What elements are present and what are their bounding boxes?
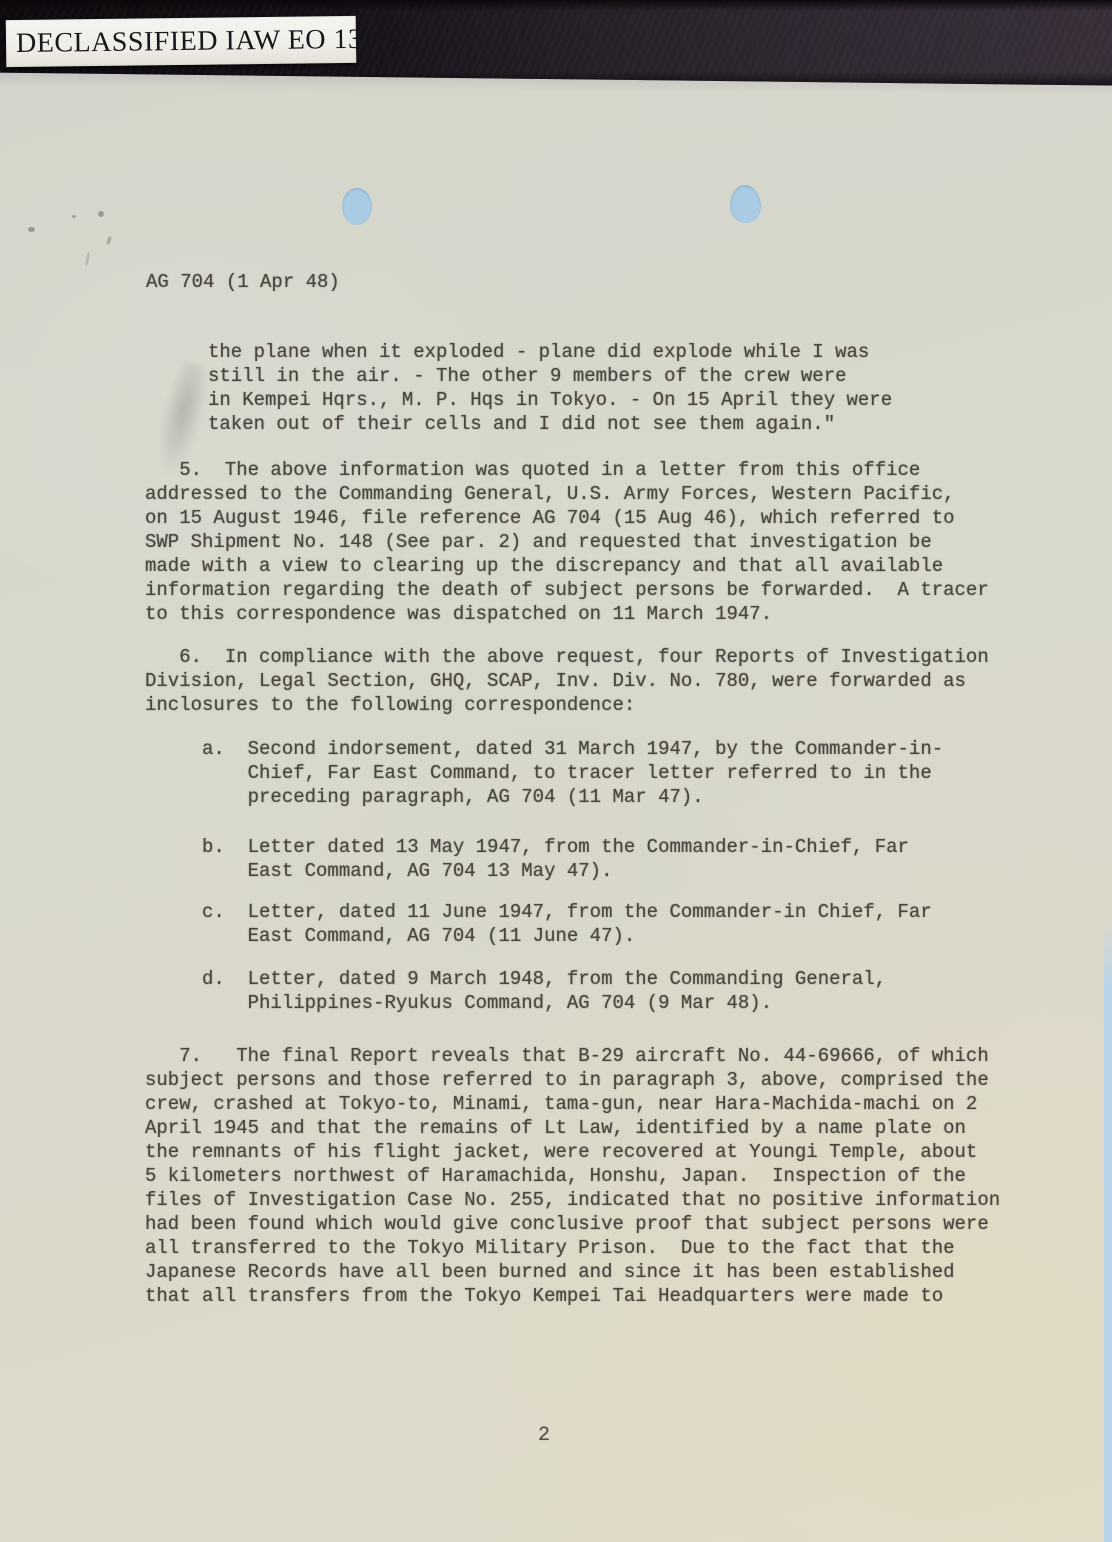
text-line: that all transfers from the Tokyo Kempei… <box>145 1284 1000 1308</box>
text-line: 5 kilometers northwest of Haramachida, H… <box>145 1164 1000 1188</box>
paragraph-7: 7. The final Report reveals that B-29 ai… <box>145 1044 1000 1308</box>
declassification-stamp: DECLASSIFIED IAW EO 13256 <box>6 16 357 67</box>
text-line: subject persons and those referred to in… <box>145 1068 1000 1092</box>
text-line: inclosures to the following corresponden… <box>145 693 989 717</box>
paper-speck <box>106 236 113 246</box>
text-line: 7. The final Report reveals that B-29 ai… <box>145 1044 1000 1068</box>
text-line: 5. The above information was quoted in a… <box>145 458 989 482</box>
text-line: b. Letter dated 13 May 1947, from the Co… <box>145 835 909 859</box>
paper-speck <box>72 215 76 218</box>
text-line: to this correspondence was dispatched on… <box>145 602 989 626</box>
text-line: April 1945 and that the remains of Lt La… <box>145 1116 1000 1140</box>
list-item-d: d. Letter, dated 9 March 1948, from the … <box>145 967 886 1015</box>
text-line: Chief, Far East Command, to tracer lette… <box>145 761 943 785</box>
text-line: a. Second indorsement, dated 31 March 19… <box>145 737 943 761</box>
paragraph-6: 6. In compliance with the above request,… <box>145 645 989 717</box>
paper-speck <box>28 227 35 232</box>
paper-speck <box>98 211 104 217</box>
text-line: Philippines-Ryukus Command, AG 704 (9 Ma… <box>145 991 886 1015</box>
text-line: d. Letter, dated 9 March 1948, from the … <box>145 967 886 991</box>
text-line: East Command, AG 704 (11 June 47). <box>145 924 932 948</box>
witness-quote-block: the plane when it exploded - plane did e… <box>208 340 892 436</box>
text-line: in Kempei Hqrs., M. P. Hqs in Tokyo. - O… <box>208 388 892 412</box>
text-line: SWP Shipment No. 148 (See par. 2) and re… <box>145 530 989 554</box>
paragraph-5: 5. The above information was quoted in a… <box>145 458 989 626</box>
text-line: all transferred to the Tokyo Military Pr… <box>145 1236 1000 1260</box>
list-item-a: a. Second indorsement, dated 31 March 19… <box>145 737 943 809</box>
text-line: the plane when it exploded - plane did e… <box>208 340 892 364</box>
paper-edge-backing <box>1104 919 1112 1542</box>
text-line: the remnants of his flight jacket, were … <box>145 1140 1000 1164</box>
text-line: Division, Legal Section, GHQ, SCAP, Inv.… <box>145 669 989 693</box>
declassification-stamp-text: DECLASSIFIED IAW EO 13256 <box>6 23 406 60</box>
text-line: 6. In compliance with the above request,… <box>145 645 989 669</box>
text-line: taken out of their cells and I did not s… <box>208 412 892 436</box>
paper-speck <box>85 252 91 266</box>
page-number: 2 <box>538 1424 550 1447</box>
text-line: still in the air. - The other 9 members … <box>208 364 892 388</box>
text-line: files of Investigation Case No. 255, ind… <box>145 1188 1000 1212</box>
text-line: had been found which would give conclusi… <box>145 1212 1000 1236</box>
document-reference-line: AG 704 (1 Apr 48) <box>146 270 340 294</box>
text-line: made with a view to clearing up the disc… <box>145 554 989 578</box>
punch-hole-right <box>730 185 761 223</box>
paper-sheet: AG 704 (1 Apr 48) the plane when it expl… <box>0 64 1112 1542</box>
punch-hole-left <box>342 188 372 225</box>
list-item-b: b. Letter dated 13 May 1947, from the Co… <box>145 835 909 883</box>
text-line: preceding paragraph, AG 704 (11 Mar 47). <box>145 785 943 809</box>
text-line: information regarding the death of subje… <box>145 578 989 602</box>
text-line: Japanese Records have all been burned an… <box>145 1260 1000 1284</box>
text-line: addressed to the Commanding General, U.S… <box>145 482 989 506</box>
text-line: East Command, AG 704 13 May 47). <box>145 859 909 883</box>
list-item-c: c. Letter, dated 11 June 1947, from the … <box>145 900 932 948</box>
text-line: on 15 August 1946, file reference AG 704… <box>145 506 989 530</box>
text-line: crew, crashed at Tokyo-to, Minami, tama-… <box>145 1092 1000 1116</box>
text-line: c. Letter, dated 11 June 1947, from the … <box>145 900 932 924</box>
